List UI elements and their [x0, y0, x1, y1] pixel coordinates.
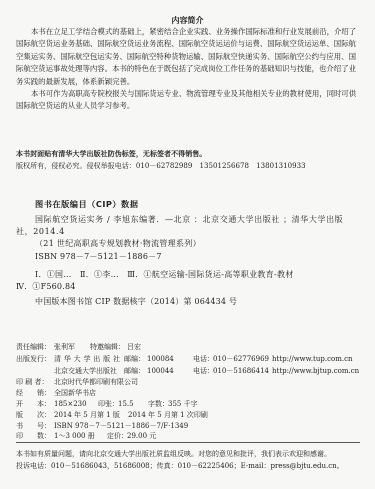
printer-label: 印 刷 者：	[16, 378, 48, 387]
sheets-label: 印张：	[98, 400, 119, 409]
publisher-url[interactable]: http://www.bjtup.com.cn	[272, 367, 359, 376]
postcode-label: 邮编：	[124, 367, 145, 376]
price-value: 29.00 元	[127, 432, 156, 441]
publisher-name: 清 华 大 学 出 版 社	[54, 355, 120, 364]
summary-p2-line: 国际航空货运的从业人员学习参考。	[16, 101, 134, 110]
publisher-url[interactable]: http://www.tup.com.cn	[272, 355, 353, 364]
quality-notice: 本书如有质量问题，请向北京交通大学出版社质监组反映。对您的意见和批评，我们表示欢…	[16, 450, 331, 459]
cip-isbn: ISBN 978－7－5121－1886－7	[35, 252, 162, 262]
printer-value: 北京时代华都印刷有限公司	[54, 378, 138, 387]
phone-value: 010－51686414	[213, 367, 269, 376]
summary-title: 内容简介	[0, 15, 375, 26]
edition-label: 版 次：	[16, 411, 51, 420]
postcode-label: 邮编：	[124, 355, 145, 364]
summary-p1-line: 务实践的最新发展，体系新颖完善。	[16, 77, 134, 86]
cip-line: 国际航空货运实务 / 李旭东编著．—北京 ：北京交通大学出版社 ；清华大学出版	[35, 215, 343, 225]
cip-library-record: 中国版本图书馆 CIP 数据核字（2014）第 064434 号	[35, 297, 237, 307]
summary-p1-line: 国际航空货运业务基础、国际航空货运业务流程、国际航空货运运价与运费、国际航空货运…	[16, 39, 356, 48]
contact-info: 投诉电话：010－51686043，51686008；传真：010－622254…	[16, 462, 344, 471]
printing-value: 2014 年 5 月第 1 次印刷	[128, 411, 208, 420]
format-value: 185×230	[54, 400, 87, 409]
words-value: 355 千字	[168, 400, 198, 409]
special-editor-value: 吕宏	[127, 343, 141, 352]
anti-counterfeit-notice: 本书封面贴有清华大学出版社防伪标签，无标签者不得销售。	[16, 150, 206, 159]
phone-label: 电话：	[193, 355, 214, 364]
summary-p1-line: 空集运实务、国际航空包运实务、国际航空特种货物运输、国际航空快递实务、国际航空公…	[16, 52, 356, 61]
editor-label: 责任编辑：	[16, 343, 51, 352]
summary-body: 本书在立足工学结合模式的基础上，紧密结合企业实践、业务操作国际标准和行业发展前沿…	[16, 27, 361, 117]
cip-line: （21 世纪高职高专规划教材·物流管理系列）	[35, 239, 201, 249]
isbn-label: 书 号：	[16, 422, 51, 431]
postcode-value: 100044	[147, 367, 174, 376]
isbn-value: ISBN 978－7－5121－1886－7/F·1349	[54, 422, 188, 431]
special-editor-label: 特邀编辑：	[90, 343, 125, 352]
phone-value: 010－62776969	[213, 355, 269, 364]
format-label: 开 本：	[16, 400, 51, 409]
price-label: 定价：	[107, 432, 128, 441]
divider-rule	[16, 442, 360, 443]
sheets-value: 15.5	[118, 400, 134, 409]
copyright-notice: 版权所有，侵权必究。侵权举报电话：010－62782989 1350125667…	[16, 162, 306, 171]
print-run-label: 印 数：	[16, 432, 51, 441]
summary-p2-line: 本书可作为高职高专院校报关与国际货运专业、物流管理专业及其他相关专业的教材使用，…	[31, 89, 356, 98]
words-label: 字数：	[148, 400, 169, 409]
publisher-name: 北京交通大学出版社	[54, 367, 117, 376]
summary-p1-line: 本书在立足工学结合模式的基础上，紧密结合企业实践、业务操作国际标准和行业发展前沿…	[31, 27, 356, 36]
edition-value: 2014 年 5 月第 1 版	[54, 411, 120, 420]
distributor-value: 全国新华书店	[54, 389, 96, 398]
print-run-value: 1～3 000 册	[54, 432, 95, 441]
phone-label: 电话：	[193, 367, 214, 376]
postcode-value: 100084	[147, 355, 174, 364]
publisher-label: 出版发行：	[16, 355, 51, 364]
cip-line: 社，2014.4	[16, 227, 65, 237]
cip-classification: Ⅳ．①F560.84	[16, 282, 76, 292]
summary-p1-line: 际航空货运事故处理等内容。本书的特色在于既包括了完成岗位工作任务的基础知识与技能…	[16, 64, 356, 73]
cip-classification: Ⅰ．①国… Ⅱ．①李… Ⅲ．①航空运输-国际货运-高等职业教育-教材	[35, 270, 294, 280]
distributor-label: 经 销：	[16, 389, 51, 398]
cip-heading: 图书在版编目（CIP）数据	[35, 199, 138, 210]
editor-value: 张利军	[54, 343, 75, 352]
